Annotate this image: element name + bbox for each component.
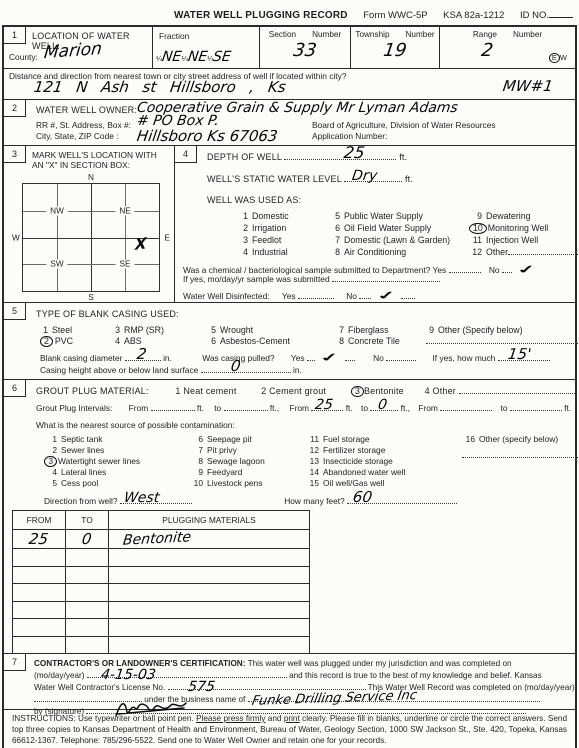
grid-line (23, 264, 159, 265)
contamination-options: 1Septic tank 2Sewer lines 3Watertight se… (44, 434, 579, 489)
form-body: 1 LOCATION OF WATER WELL: County: Marion… (2, 25, 577, 748)
township-label: Township (355, 30, 389, 39)
contamination-option: 4Lateral lines (44, 467, 190, 478)
certification-line2: (mo/day/year) 4-15-03 and this record is… (34, 669, 569, 681)
use-option: 2Irrigation (235, 222, 327, 234)
contamination-option: 11Fuel storage (306, 434, 462, 445)
direction-value-handwritten: West (123, 490, 160, 506)
section-value-handwritten: 33 (259, 40, 352, 61)
table-row (13, 549, 310, 567)
use-option: 11Injection Well (469, 234, 579, 246)
instructions-block: INSTRUCTIONS: Use typewriter or ball poi… (4, 710, 575, 748)
contamination-option: 16Other (specify below) (462, 434, 579, 445)
location-cell: 1 LOCATION OF WATER WELL: County: Marion (4, 27, 153, 68)
section-2-badge: 2 (4, 100, 26, 117)
application-number-label: Application Number: (312, 131, 387, 141)
form-header: WATER WELL PLUGGING RECORD Form WWC-5P K… (0, 7, 573, 21)
use-option: 9Dewatering (469, 210, 579, 222)
range-west: W (560, 53, 567, 62)
city-value-handwritten: Hillsboro Ks 67063 (136, 127, 279, 145)
use-option: 7Domestic (Lawn & Garden) (327, 234, 469, 246)
from-value-handwritten: 25 (28, 530, 50, 548)
quadrant-se-label: SE (116, 260, 135, 269)
instructions-underlined: print (284, 714, 300, 723)
contamination-option: 5Cess pool (44, 478, 190, 489)
completed-date-handwritten: 4-15-03 (100, 670, 156, 681)
use-option-monitoring-circled: 10Monitoring Well (469, 222, 579, 234)
address-label: RR #, St. Address, Box #: (36, 120, 131, 130)
depth-fill: 25 (284, 151, 396, 160)
fraction-1-handwritten: NE (161, 49, 183, 65)
map-title-line1: MARK WELL'S LOCATION WITH (32, 150, 157, 160)
other-blank (508, 246, 579, 255)
pen-circle: 3 (351, 386, 364, 397)
contamination-option: 9Feedyard (190, 467, 306, 478)
id-blank-line (549, 7, 573, 18)
use-option: 5Public Water Supply (327, 210, 469, 222)
section-5-badge: 5 (4, 303, 26, 320)
county-value-handwritten: Marion (43, 39, 103, 63)
range-label: Range (473, 30, 497, 39)
well-name-handwritten: MW#1 (502, 77, 554, 95)
interval-from-handwritten: 25 (314, 397, 334, 413)
agency-name: Board of Agriculture, Division of Water … (312, 120, 496, 130)
grout-material-row: GROUT PLUG MATERIAL: 1 Neat cement 2 Cem… (36, 385, 577, 397)
section-3-map: 3 MARK WELL'S LOCATION WITH AN "X" IN SE… (4, 146, 175, 302)
fraction-3-handwritten: SE (212, 49, 232, 65)
plugging-table: FROM TO PLUGGING MATERIALS 25 0 Bentonit… (12, 510, 310, 654)
height-value-handwritten: 0 (229, 357, 241, 375)
section-box-grid: NW NE SW SE N S W E X (22, 183, 160, 292)
static-level-fill: Dry (344, 173, 402, 182)
well-x-mark-handwritten: X (134, 234, 146, 254)
table-row (13, 601, 310, 619)
depth-label: DEPTH OF WELL (207, 152, 282, 162)
license-number-handwritten: 575 (187, 682, 215, 693)
table-row (13, 584, 310, 602)
pen-circle: 2 (40, 336, 53, 347)
grid-line (23, 211, 159, 212)
county-label: County: (9, 52, 38, 62)
pen-circle: 10 (469, 223, 487, 234)
fraction-2-handwritten: NE (187, 49, 209, 65)
city-label: City, State, ZIP Code : (36, 131, 119, 141)
casing-options-row2: 2PVC 4ABS 6Asbestos-Cement 8Concrete Til… (40, 335, 578, 347)
contamination-option: 1Septic tank (44, 434, 190, 445)
interval-to-handwritten: 0 (377, 397, 388, 413)
table-header-row: FROM TO PLUGGING MATERIALS (13, 511, 310, 530)
fraction-label: Fraction (159, 31, 189, 41)
grout-option-bentonite-circled: 3Bentonite (351, 386, 404, 396)
scanned-form-page: WATER WELL PLUGGING RECORD Form WWC-5P K… (0, 0, 579, 748)
section-4-badge: 4 (175, 146, 197, 163)
table-row: 25 0 Bentonite (13, 530, 310, 549)
section-7-certification: 7 CONTRACTOR'S OR LANDOWNER'S CERTIFICAT… (4, 654, 575, 710)
use-option: 8Air Conditioning (327, 246, 469, 258)
township-number-cell: Township Number 19 (351, 27, 440, 68)
contamination-option: 15Oil well/Gas well (306, 478, 462, 489)
table-row (13, 619, 310, 637)
statute-ref: KSA 82a-1212 (443, 10, 504, 21)
how-much-value-handwritten: 15' (506, 345, 532, 363)
contamination-option: 6Seepage pit (190, 434, 306, 445)
use-option: 1Domestic (235, 210, 327, 222)
section-3-4-row: 3 MARK WELL'S LOCATION WITH AN "X" IN SE… (4, 146, 575, 303)
yes-checkmark-handwritten: ✓ (318, 350, 341, 364)
number-label: Number (312, 30, 341, 39)
number-label: Number (406, 30, 435, 39)
table-row (13, 566, 310, 584)
no-checkmark-handwritten: ✓ (515, 262, 538, 276)
no-checkmark-handwritten: ✓ (375, 288, 398, 302)
ft-label: ft. (399, 152, 407, 162)
quadrant-ne-label: NE (115, 206, 134, 215)
contamination-option: 14Abandoned water well (306, 467, 462, 478)
ft-label: ft. (405, 174, 413, 184)
use-option: 12Other (469, 246, 579, 258)
range-value-handwritten: 2 (439, 40, 536, 61)
casing-option: 8Concrete Tile (336, 335, 426, 347)
contamination-option: 12Fertilizer storage (306, 445, 462, 456)
casing-height-row: Casing height above or below land surfac… (40, 364, 302, 375)
south-label: S (88, 293, 93, 302)
direction-row: Direction from well? West How many feet?… (44, 495, 457, 506)
other-specify-blank (426, 335, 578, 347)
quadrant-sw-label: SW (46, 260, 67, 269)
range-east-circled: E (549, 53, 560, 63)
col-materials: PLUGGING MATERIALS (109, 511, 310, 530)
map-title-line2: AN "X" IN SECTION BOX: (32, 160, 130, 170)
grout-option: 1 Neat cement (175, 386, 236, 396)
section-5-casing: 5 TYPE OF BLANK CASING USED: 1Steel 3RMP… (4, 303, 575, 380)
section-7-badge: 7 (4, 654, 26, 671)
section-6-badge: 6 (4, 380, 26, 397)
section-6-grout: 6 GROUT PLUG MATERIAL: 1 Neat cement 2 C… (4, 380, 575, 654)
table-row (13, 636, 310, 654)
contamination-question: What is the nearest source of possible c… (36, 420, 235, 430)
id-label: ID NO. (520, 10, 549, 21)
form-number: Form WWC-5P (363, 10, 427, 21)
disinfected-row: Water Well Disinfected: Yes No ✓ (183, 289, 415, 302)
township-value-handwritten: 19 (350, 40, 441, 61)
contamination-option: 7Pit privy (190, 445, 306, 456)
owner-label: WATER WELL OWNER: (36, 105, 137, 115)
used-as-label: WELL WAS USED AS: (207, 195, 301, 205)
casing-title: TYPE OF BLANK CASING USED: (36, 309, 179, 319)
other-specify-blank (462, 445, 579, 461)
range-ew-choice: EW (549, 53, 567, 63)
west-label: W (12, 233, 20, 242)
distance-row: Distance and direction from nearest town… (4, 69, 575, 99)
fraction-cell: Fraction ¼NE¼NE¼SE (153, 27, 260, 68)
contamination-option: 13Insecticide storage (306, 456, 462, 467)
contamination-option: 10Livestock pens (190, 478, 306, 489)
pen-circle: 3 (44, 456, 57, 467)
section-4-well-info: 4 DEPTH OF WELL 25 ft. WELL'S STATIC WAT… (175, 146, 575, 302)
feet-value-handwritten: 60 (352, 488, 374, 506)
casing-option: 6Asbestos-Cement (208, 335, 336, 347)
instructions-text: INSTRUCTIONS: Use typewriter or ball poi… (12, 714, 196, 723)
instructions-underlined: Please press firmly (196, 714, 265, 723)
use-options: 1Domestic 2Irrigation 3Feedlot 4Industri… (235, 210, 579, 258)
contamination-option: 8Sewage lagoon (190, 456, 306, 467)
section-3-badge: 3 (4, 146, 26, 163)
range-number-cell: Range Number 2 EW (440, 27, 575, 68)
grout-intervals-row: Grout Plug Intervals: From ft. to ft., F… (36, 402, 571, 413)
use-option: 3Feedlot (235, 234, 327, 246)
depth-value-handwritten: 25 (343, 143, 366, 162)
material-value-handwritten: Bentonite (122, 529, 192, 549)
casing-diameter-row: Blank casing diameter 2 in. Was casing p… (40, 351, 550, 364)
col-from: FROM (13, 511, 66, 530)
contamination-option-circled: 3Watertight sewer lines (44, 456, 190, 467)
section-1-location: 1 LOCATION OF WATER WELL: County: Marion… (4, 27, 575, 100)
use-option: 4Industrial (235, 246, 327, 258)
grout-option: 2 Cement grout (261, 386, 326, 396)
north-label: N (88, 173, 94, 182)
contamination-option: 2Sewer lines (44, 445, 190, 456)
static-level-value-handwritten: Dry (351, 168, 379, 184)
static-level-label: WELL'S STATIC WATER LEVEL (207, 174, 342, 184)
number-label: Number (513, 30, 542, 39)
col-to: TO (66, 511, 109, 530)
diameter-value-handwritten: 2 (135, 345, 147, 363)
casing-option-pvc-circled: 2PVC (40, 335, 112, 347)
section-2-owner: 2 WATER WELL OWNER: Cooperative Grain & … (4, 100, 575, 146)
to-value-handwritten: 0 (81, 530, 93, 548)
chem-sample-date-row: If yes, mo/day/yr sample was submitted (183, 273, 440, 284)
distance-value-handwritten: 121 N Ash st Hillsboro , Ks (33, 78, 287, 96)
section-number-cell: Section Number 33 (260, 27, 351, 68)
casing-option: 4ABS (112, 335, 208, 347)
grout-option: 4 Other (425, 386, 456, 396)
quadrant-nw-label: NW (46, 206, 68, 215)
use-option: 6Oil Field Water Supply (327, 222, 469, 234)
east-label: E (165, 233, 170, 242)
form-title: WATER WELL PLUGGING RECORD (174, 10, 348, 21)
section-label: Section (269, 30, 296, 39)
section-1-badge: 1 (4, 27, 26, 44)
